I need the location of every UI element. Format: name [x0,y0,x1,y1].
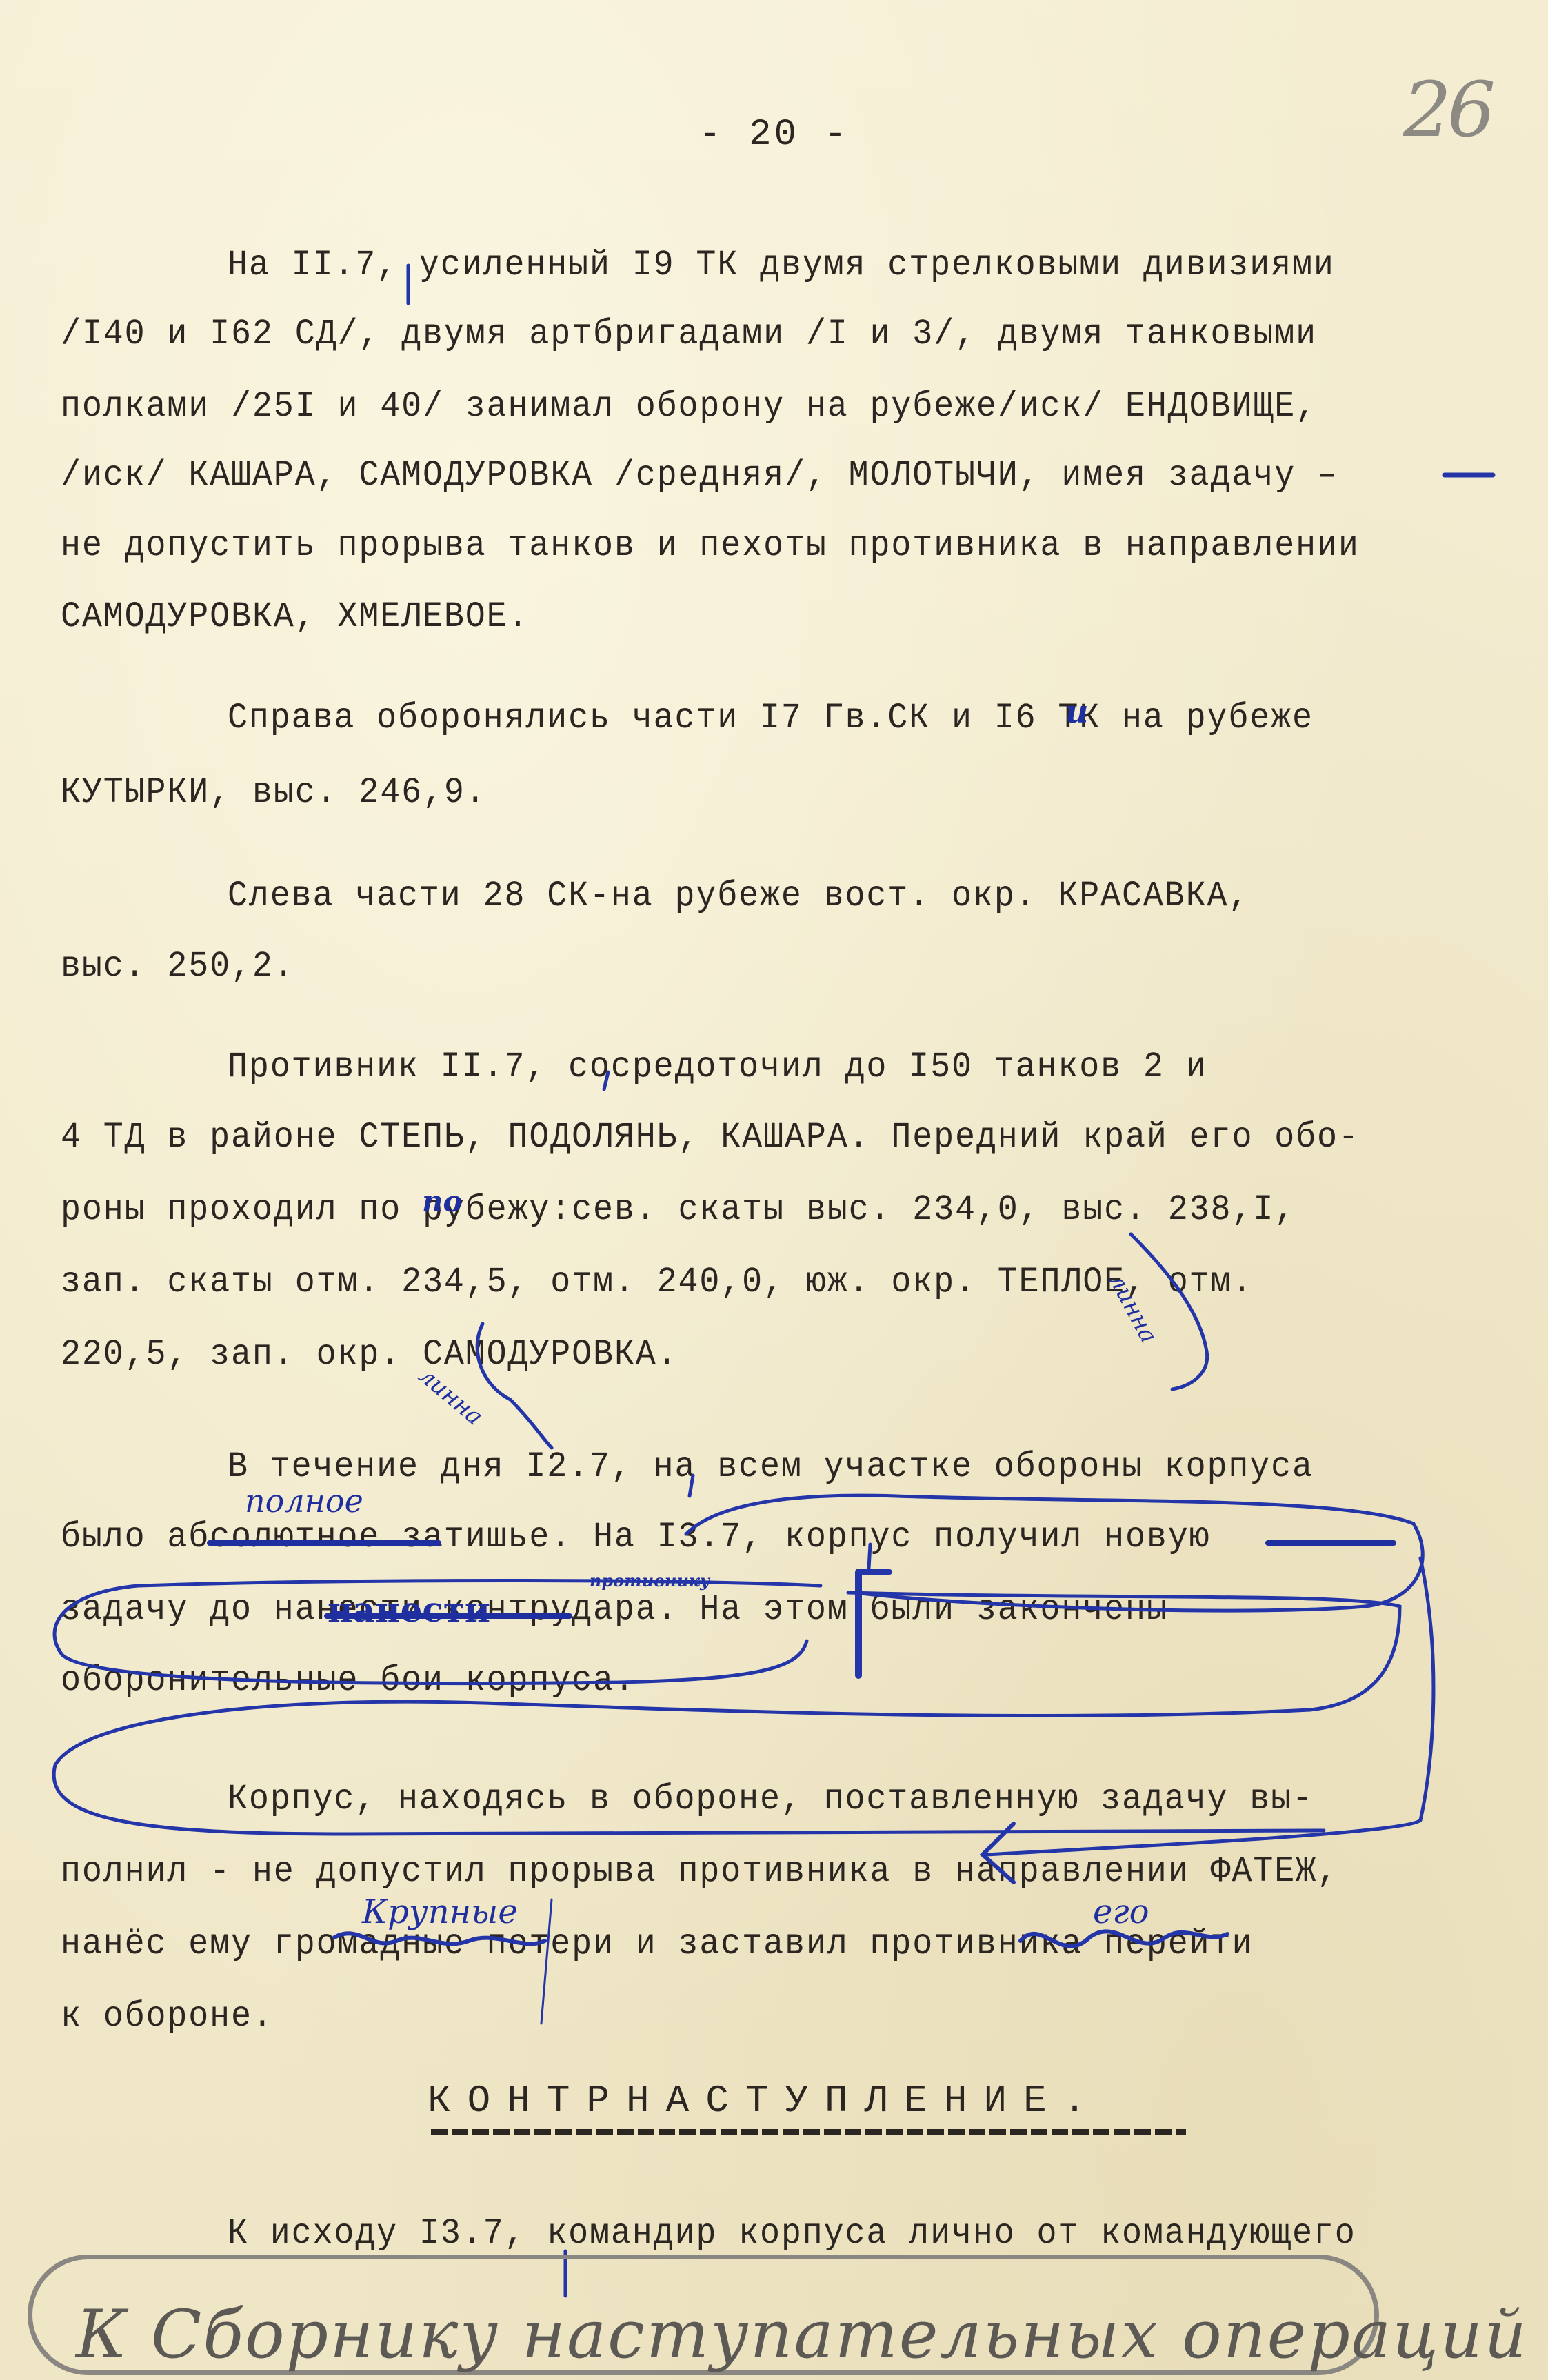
text-line: В течение дня I2.7, на всем участке обор… [228,1446,1314,1488]
text-line: 4 ТД в районе СТЕПЬ, ПОДОЛЯНЬ, КАШАРА. П… [61,1117,1360,1158]
page-number: - 20 - [0,114,1548,156]
text-line: не допустить прорыва танков и пехоты про… [61,525,1360,567]
text-line: полками /25I и 40/ занимал оборону на ру… [61,386,1317,427]
handwritten-replacement-protivniku: противнику [590,1571,710,1591]
text-line: задачу до нанести контрудара. На этом бы… [61,1589,1168,1631]
text-line: /I40 и I62 СД/, двумя артбригадами /I и … [61,314,1317,355]
handwritten-replacement-ego: его [1093,1893,1149,1931]
text-line: роны проходил по рубежу:сев. скаты выс. … [61,1189,1296,1231]
text-line: было абсолютное затишье. На I3.7, корпус… [61,1517,1211,1558]
text-line: К исходу I3.7, командир корпуса лично от… [228,2213,1356,2255]
text-line: /иск/ КАШАРА, САМОДУРОВКА /средняя/, МОЛ… [61,455,1338,496]
text-line: Справа оборонялись части I7 Гв.СК и I6 Т… [228,698,1314,739]
text-line: к обороне. [61,1996,274,2037]
handwritten-replacement-krupnye: Крупные [362,1893,518,1931]
text-line: Противник II.7, сосредоточил до I50 танк… [228,1047,1207,1088]
handwritten-insert-i: и [1065,693,1088,730]
text-line: САМОДУРОВКА, ХМЕЛЕВОЕ. [61,596,529,638]
handwritten-replacement-nanesti: нанести [328,1589,490,1630]
strikethrough-mark [1265,1540,1396,1546]
heading-underline [431,2129,1186,2135]
handwritten-insert-po: по [422,1184,463,1218]
text-line: Слева части 28 СК-на рубеже вост. окр. К… [228,876,1249,917]
text-line: оборонительные бои корпуса. [61,1660,636,1702]
text-line: 220,5, зап. окр. САМОДУРОВКА. [61,1334,678,1375]
strikethrough-mark [207,1540,441,1546]
text-line: зап. скаты отм. 234,5, отм. 240,0, юж. о… [61,1262,1253,1303]
text-line: КУТЫРКИ, выс. 246,9. [61,772,487,814]
text-line: нанёс ему громадные потери и заставил пр… [61,1924,1253,1965]
pencil-note: К Сборнику наступательных операций [76,2296,1528,2373]
text-line: На II.7, усиленный I9 ТК двумя стрелковы… [228,245,1335,286]
text-line: Корпус, находясь в обороне, поставленную… [228,1779,1314,1820]
text-line: выс. 250,2. [61,946,295,987]
strikethrough-mark [324,1613,572,1619]
document-page: - 20 - 26 На II.7, усиленный I9 ТК двумя… [0,0,1548,2380]
handwritten-replacement-polnoe: полное [245,1482,363,1520]
archive-sheet-number: 26 [1403,65,1491,154]
section-heading: КОНТРНАСТУПЛЕНИЕ. [428,2079,1103,2123]
text-line: полнил - не допустил прорыва противника … [61,1851,1338,1893]
